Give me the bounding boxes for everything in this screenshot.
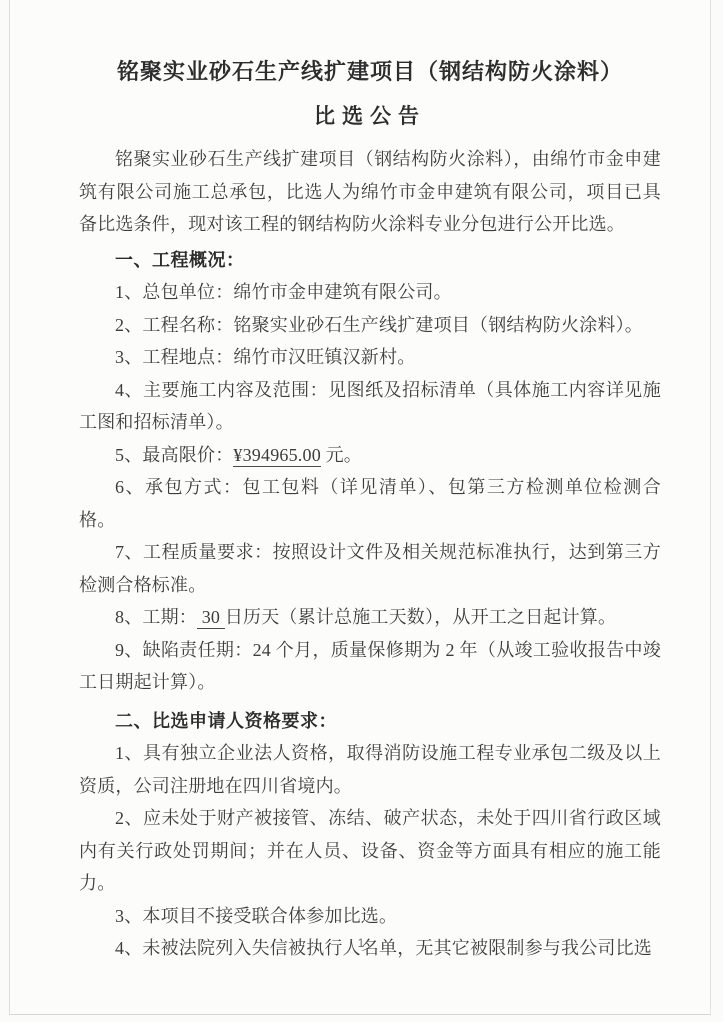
max-price-value: ¥394965.00 bbox=[233, 445, 321, 467]
section2-item-qualification: 1、具有独立企业法人资格，取得消防设施工程专业承包二级及以上资质，公司注册地在四… bbox=[79, 737, 661, 802]
section1-item-defect-liability: 9、缺陷责任期：24 个月，质量保修期为 2 年（从竣工验收报告中竣工日期起计算… bbox=[79, 634, 661, 699]
section2-item-financial-status: 2、应未处于财产被接管、冻结、破产状态，未处于四川省行政区域内有关行政处罚期间；… bbox=[79, 802, 661, 900]
max-price-suffix: 元。 bbox=[321, 445, 362, 465]
section1-item-max-price: 5、最高限价：¥394965.00 元。 bbox=[79, 439, 661, 472]
section1-item-contractor: 1、总包单位：绵竹市金申建筑有限公司。 bbox=[79, 276, 661, 309]
section1-item-contract-mode: 6、承包方式：包工包料（详见清单）、包第三方检测单位检测合格。 bbox=[79, 471, 661, 536]
duration-suffix: 日历天（累计总施工天数），从开工之日起计算。 bbox=[225, 607, 616, 627]
duration-days-value: 30 bbox=[197, 607, 225, 629]
duration-label: 8、工期： bbox=[115, 607, 197, 627]
section2-item-no-consortium: 3、本项目不接受联合体参加比选。 bbox=[79, 900, 661, 933]
intro-paragraph: 铭聚实业砂石生产线扩建项目（钢结构防火涂料），由绵竹市金申建筑有限公司施工总承包… bbox=[79, 143, 661, 241]
section1-item-location: 3、工程地点：绵竹市汉旺镇汉新村。 bbox=[79, 341, 661, 374]
section1-item-project-name: 2、工程名称：铭聚实业砂石生产线扩建项目（钢结构防火涂料）。 bbox=[79, 309, 661, 342]
page-number: 1 bbox=[10, 936, 712, 950]
section2-heading: 二、比选申请人资格要求： bbox=[79, 705, 661, 738]
section1-item-quality: 7、工程质量要求：按照设计文件及相关规范标准执行，达到第三方检测合格标准。 bbox=[79, 536, 661, 601]
section1-item-duration: 8、工期： 30 日历天（累计总施工天数），从开工之日起计算。 bbox=[79, 601, 661, 634]
document-subtitle: 比选公告 bbox=[79, 101, 661, 131]
max-price-label: 5、最高限价： bbox=[115, 445, 233, 465]
document-page: 铭聚实业砂石生产线扩建项目（钢结构防火涂料） 比选公告 铭聚实业砂石生产线扩建项… bbox=[9, 0, 711, 1015]
document-title: 铭聚实业砂石生产线扩建项目（钢结构防火涂料） bbox=[79, 56, 661, 88]
section1-item-scope: 4、主要施工内容及范围：见图纸及招标清单（具体施工内容详见施工图和招标清单）。 bbox=[79, 374, 661, 439]
section1-heading: 一、工程概况： bbox=[79, 244, 661, 277]
document-content: 铭聚实业砂石生产线扩建项目（钢结构防火涂料） 比选公告 铭聚实业砂石生产线扩建项… bbox=[79, 0, 661, 965]
